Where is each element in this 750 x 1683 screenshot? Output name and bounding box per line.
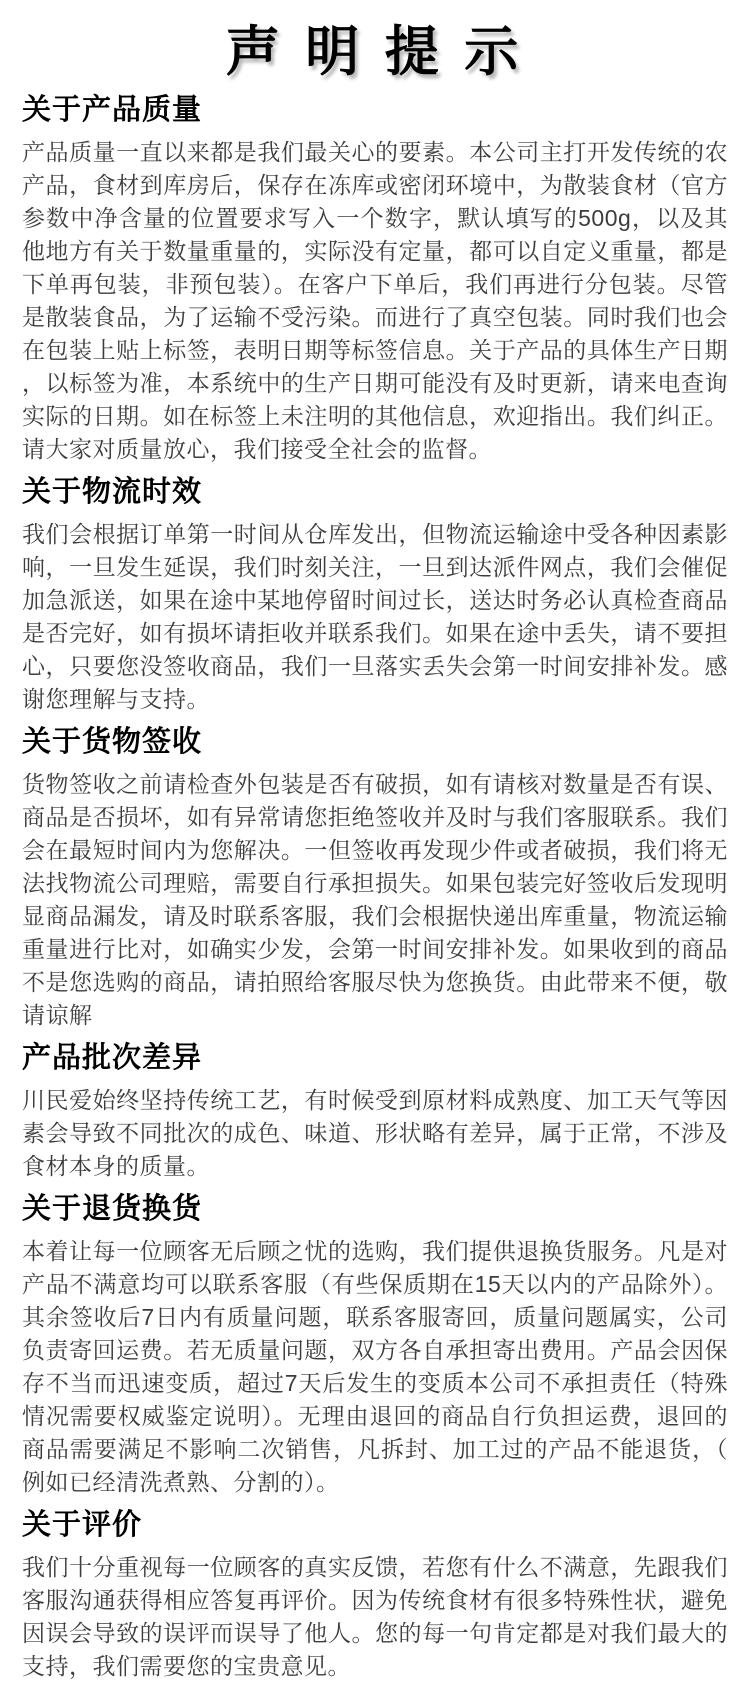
section-body-product-quality: 产品质量一直以来都是我们最关心的要素。本公司主打开发传统的农产品，食材到库房后，… xyxy=(22,136,728,466)
section-body-batch-difference: 川民爱始终坚持传统工艺，有时候受到原材料成熟度、加工天气等因素会导致不同批次的成… xyxy=(22,1084,728,1183)
section-body-logistics-time: 我们会根据订单第一时间从仓库发出，但物流运输途中受各种因素影响，一旦发生延误，我… xyxy=(22,518,728,716)
page-title: 声 明 提 示 xyxy=(22,20,728,84)
section-reviews: 关于评价 我们十分重视每一位顾客的真实反馈，若您有什么不满意，先跟我们客服沟通获… xyxy=(22,1505,728,1683)
section-body-reviews: 我们十分重视每一位顾客的真实反馈，若您有什么不满意，先跟我们客服沟通获得相应答复… xyxy=(22,1551,728,1683)
section-body-goods-receipt: 货物签收之前请检查外包装是否有破损，如有请核对数量是否有误、商品是否损坏，如有异… xyxy=(22,768,728,1032)
section-batch-difference: 产品批次差异 川民爱始终坚持传统工艺，有时候受到原材料成熟度、加工天气等因素会导… xyxy=(22,1038,728,1183)
section-heading-logistics-time: 关于物流时效 xyxy=(22,472,728,512)
section-logistics-time: 关于物流时效 我们会根据订单第一时间从仓库发出，但物流运输途中受各种因素影响，一… xyxy=(22,472,728,716)
section-goods-receipt: 关于货物签收 货物签收之前请检查外包装是否有破损，如有请核对数量是否有误、商品是… xyxy=(22,722,728,1032)
section-product-quality: 关于产品质量 产品质量一直以来都是我们最关心的要素。本公司主打开发传统的农产品，… xyxy=(22,90,728,466)
section-heading-return-exchange: 关于退货换货 xyxy=(22,1189,728,1229)
section-heading-batch-difference: 产品批次差异 xyxy=(22,1038,728,1078)
section-heading-reviews: 关于评价 xyxy=(22,1505,728,1545)
section-return-exchange: 关于退货换货 本着让每一位顾客无后顾之忧的选购，我们提供退换货服务。凡是对产品不… xyxy=(22,1189,728,1499)
section-heading-product-quality: 关于产品质量 xyxy=(22,90,728,130)
disclaimer-page: 声 明 提 示 关于产品质量 产品质量一直以来都是我们最关心的要素。本公司主打开… xyxy=(0,0,750,1683)
section-body-return-exchange: 本着让每一位顾客无后顾之忧的选购，我们提供退换货服务。凡是对产品不满意均可以联系… xyxy=(22,1235,728,1499)
section-heading-goods-receipt: 关于货物签收 xyxy=(22,722,728,762)
